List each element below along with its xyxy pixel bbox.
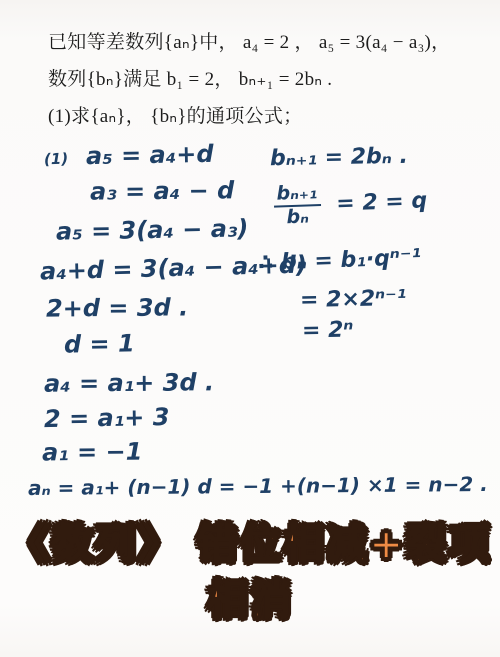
handwritten-line: a₃ = a₄ − d (90, 176, 234, 205)
fraction: bₙ₊₁ bₙ (273, 183, 321, 228)
handwritten-line: = 2×2ⁿ⁻¹ (300, 286, 407, 313)
handwritten-line: a₄ = a₁+ 3d . (44, 368, 214, 397)
handwritten-line: a₁ = −1 (42, 438, 143, 467)
handwritten-part-label: (1) (44, 150, 69, 169)
problem-line-2: 数列{bₙ}满足 b₁ = 2， bₙ₊₁ = 2bₙ . (48, 61, 488, 98)
handwritten-line: aₙ = a₁+ (n−1) d = −1 +(n−1) ×1 = n−2 . (28, 472, 488, 500)
handwritten-line: ∴ bₙ = b₁·qⁿ⁻¹ (258, 245, 422, 276)
handwritten-line: 2+d = 3d . (46, 293, 188, 322)
title-line-1: 《数列》 错位相减+裂项 (0, 511, 500, 570)
fraction-rest: = 2 = q (336, 188, 428, 216)
fraction-numerator: bₙ₊₁ (273, 183, 320, 208)
handwritten-line: a₅ = 3(a₄ − a₃) (56, 214, 249, 245)
handwritten-line: = 2ⁿ (302, 318, 354, 344)
fraction-denominator: bₙ (274, 206, 321, 229)
handwritten-line: 2 = a₁+ 3 (44, 403, 170, 433)
worksheet-page: 已知等差数列{aₙ}中， a₄ = 2 ， a₅ = 3(a₄ − a₃)， 数… (0, 0, 500, 657)
title-line-2: 相消 (0, 567, 500, 626)
problem-line-3: (1)求{aₙ}， {bₙ}的通项公式； (48, 98, 488, 135)
handwritten-line: a₅ = a₄+d (86, 140, 214, 170)
handwritten-line: bₙ₊₁ = 2bₙ . (270, 144, 408, 171)
handwritten-line: d = 1 (64, 329, 135, 358)
handwritten-fraction-line: bₙ₊₁ bₙ = 2 = q (273, 179, 428, 228)
problem-statement: 已知等差数列{aₙ}中， a₄ = 2 ， a₅ = 3(a₄ − a₃)， 数… (48, 24, 488, 135)
problem-line-1: 已知等差数列{aₙ}中， a₄ = 2 ， a₅ = 3(a₄ − a₃)， (48, 24, 488, 61)
